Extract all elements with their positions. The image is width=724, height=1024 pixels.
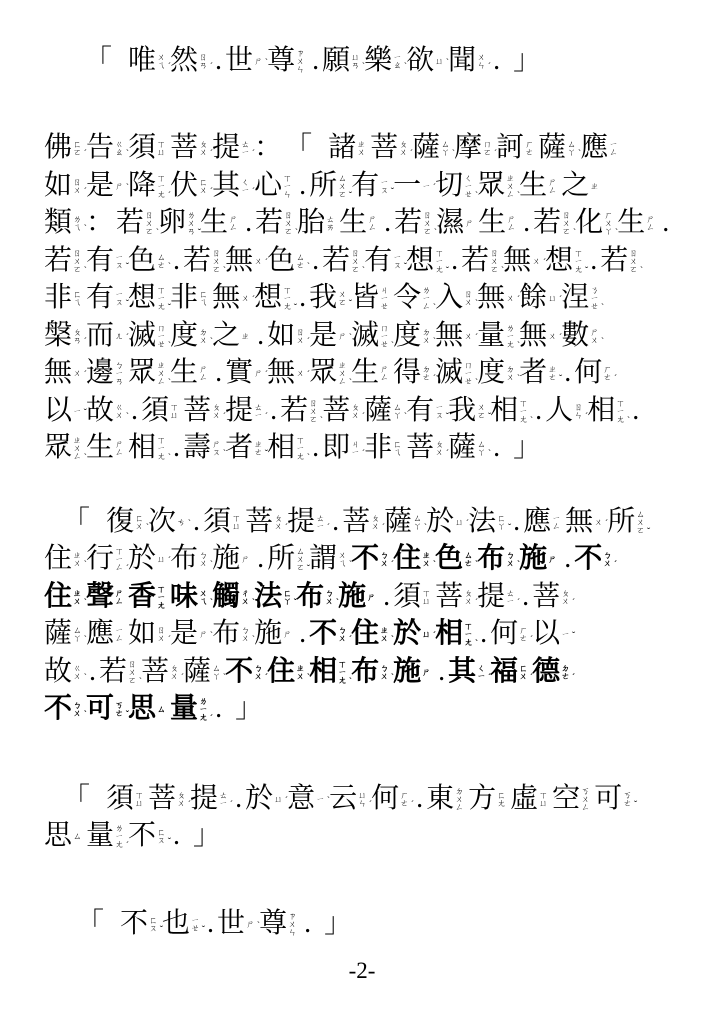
punctuation: . — [86, 658, 99, 686]
zhuyin-letter: ㄚ — [73, 634, 82, 642]
text-line: 如ㄖㄨˊ是ㄕˋ降ㄒㄧㄤˊ伏ㄈㄨˊ其ㄑㄧˊ心ㄒㄧㄣ.所ㄙㄨㄛˇ有ㄧㄡˇ一ㄧˊ切ㄑㄧ… — [44, 167, 698, 205]
hanzi-character: 槃 — [44, 322, 72, 350]
syllable: 想ㄒㄧㄤˇ — [545, 247, 585, 275]
syllable: 滅ㄇㄧㄝˋ — [128, 322, 168, 350]
text-line: 「唯ㄨㄟˊ然ㄖㄢˊ.世ㄕˋ尊ㄗㄨㄣ.願ㄩㄢˋ樂ㄧㄠˋ欲ㄩˋ聞ㄨㄣˊ.」 — [84, 42, 698, 80]
hanzi-character: 法 — [254, 583, 282, 611]
zhuyin-annotation: ㄈㄤ — [497, 791, 508, 807]
tone-mark: ˇ — [488, 415, 491, 421]
zhuyin-letter: ㄤ — [157, 452, 166, 460]
tone-mark: ˊ — [410, 152, 413, 158]
zhuyin-letter: ㄨ — [73, 186, 82, 194]
zhuyin-annotation: ㄅㄨˋ — [380, 664, 391, 680]
hanzi-character: 一 — [393, 172, 421, 200]
hanzi-character: 告 — [86, 134, 114, 162]
syllable: 不ㄈㄡˇ — [128, 822, 168, 850]
zhuyin-annotation: ㄩˊ — [422, 630, 433, 638]
hanzi-character: 住 — [44, 583, 72, 611]
zhuyin-letter: ㄨ — [199, 559, 208, 567]
zhuyin-letter: ㄨ — [519, 672, 528, 680]
zhuyin-annotation: ㄙ — [73, 832, 84, 840]
hanzi-character: 福 — [490, 658, 518, 686]
hanzi-character: 之 — [561, 172, 589, 200]
zhuyin-letter: ㄥ — [368, 223, 377, 231]
zhuyin-annotation: ㄌㄨㄢˇ — [187, 211, 198, 235]
hanzi-character: 以 — [532, 620, 560, 648]
syllable: 相ㄒㄧㄤˋ — [587, 397, 627, 425]
tone-mark: ˋ — [168, 456, 171, 462]
tone-mark: ˊ — [433, 377, 436, 383]
zhuyin-letter: ㄠ — [393, 61, 402, 69]
zhuyin-annotation: ㄈㄡˇ — [157, 828, 168, 844]
zhuyin-annotation: ㄉㄜˊ — [422, 365, 433, 381]
hanzi-character: 於 — [245, 785, 273, 813]
zhuyin-annotation: ㄖㄢˊ — [199, 53, 210, 69]
syllable: 欲ㄩˋ — [406, 47, 446, 75]
syllable: 住ㄓㄨˋ — [351, 620, 391, 648]
syllable: 菩ㄆㄨˊ — [183, 397, 223, 425]
zhuyin-letter: ㄛ — [490, 265, 499, 273]
hanzi-character: 不 — [225, 658, 253, 686]
zhuyin-annotation: ㄓㄨ — [357, 140, 368, 156]
hanzi-character: 有 — [406, 397, 434, 425]
hanzi-character: 施 — [519, 545, 547, 573]
syllable: 意ㄧˋ — [287, 785, 327, 813]
tone-mark: ˊ — [614, 563, 617, 569]
zhuyin-annotation: ㄨㄟˊ — [157, 53, 168, 69]
zhuyin-annotation: ㄓㄜˇ — [548, 365, 559, 381]
zhuyin-annotation: ㄕˋ — [338, 332, 349, 340]
hanzi-character: 有 — [86, 247, 114, 275]
zhuyin-annotation: ㄙㄜˋ — [464, 551, 475, 567]
zhuyin-annotation: ㄈㄨˊ — [519, 664, 530, 680]
zhuyin-letter: ㄥ — [115, 597, 124, 605]
text-line: 以ㄧˇ故ㄍㄨˋ.須ㄒㄩ菩ㄆㄨˊ提ㄊㄧˊ.若ㄖㄨㄛˋ菩ㄆㄨˊ薩ㄙㄚˋ有ㄧㄡˇ我ㄨㄛ… — [44, 392, 698, 430]
zhuyin-letter: ㄨ — [199, 336, 208, 344]
hanzi-character: 如 — [44, 172, 72, 200]
hanzi-character: 量 — [86, 822, 114, 850]
hanzi-character: 無 — [565, 508, 593, 536]
zhuyin-letter: ㄧ — [219, 799, 228, 807]
tone-mark: ˊ — [307, 340, 310, 346]
zhuyin-annotation: ㄨˊ — [254, 257, 265, 265]
tone-mark: ˇ — [446, 415, 449, 421]
syllable: 於ㄩˊ — [426, 508, 466, 536]
hanzi-character: 於 — [426, 508, 454, 536]
zhuyin-letter: ㄨ — [380, 559, 389, 567]
zhuyin-letter: ㄥ — [380, 373, 389, 381]
zhuyin-annotation: ㄈㄡˇ — [149, 916, 160, 932]
zhuyin-annotation: ㄉㄜˊ — [561, 664, 572, 680]
syllable: 不ㄅㄨˊ — [225, 658, 265, 686]
zhuyin-letter: ㄘ — [177, 518, 186, 526]
zhuyin-annotation: ㄐㄧˊ — [351, 440, 362, 456]
close-quote: 」 — [513, 434, 541, 462]
zhuyin-annotation: ㄩˊ — [157, 555, 168, 563]
zhuyin-annotation: ㄧㄡˇ — [435, 403, 446, 419]
zhuyin-annotation: ㄋㄧㄝˋ — [590, 286, 601, 310]
hanzi-character: 薩 — [183, 658, 211, 686]
zhuyin-letter: ㄥ — [548, 186, 557, 194]
syllable: 佛ㄈㄛˊ — [44, 134, 84, 162]
zhuyin-annotation: ㄩㄣˊ — [358, 791, 369, 807]
syllable: 生ㄕㄥ — [170, 359, 210, 387]
syllable: 有ㄧㄡˇ — [351, 172, 391, 200]
zhuyin-annotation: ㄍㄨˋ — [115, 403, 126, 419]
tone-mark: ˋ — [433, 306, 436, 312]
zhuyin-letter: ㄜ — [296, 261, 305, 269]
syllable: 薩ㄙㄚˋ — [412, 134, 452, 162]
zhuyin-letter: ㄛ — [296, 563, 305, 571]
zhuyin-letter: ㄕ — [246, 920, 255, 928]
zhuyin-letter: ㄟ — [199, 597, 208, 605]
hanzi-character: 意 — [287, 785, 315, 813]
hanzi-character: 色 — [435, 545, 463, 573]
hanzi-character: 須 — [141, 397, 169, 425]
tone-mark: ˇ — [126, 302, 129, 308]
tone-mark: ˊ — [488, 65, 491, 71]
syllable: 菩ㄆㄨˊ — [342, 508, 382, 536]
tone-mark: ˇ — [559, 377, 562, 383]
tone-mark: ˋ — [391, 638, 394, 644]
zhuyin-annotation: ㄩˊ — [455, 518, 466, 526]
zhuyin-letter: ㄠ — [115, 148, 124, 156]
syllable: 生ㄕㄥ — [339, 209, 379, 237]
hanzi-character: 無 — [44, 359, 72, 387]
hanzi-character: 令 — [393, 284, 421, 312]
tone-mark: ˋ — [433, 340, 436, 346]
syllable: 若ㄖㄨㄛˋ — [255, 209, 295, 237]
hanzi-character: 須 — [203, 508, 231, 536]
zhuyin-annotation: ㄅㄧㄢ — [115, 361, 126, 385]
zhuyin-letter: ㄚ — [441, 148, 450, 156]
zhuyin-annotation: ㄈㄨˋ — [135, 514, 146, 530]
tone-mark: ˊ — [126, 336, 129, 342]
zhuyin-letter: ㄜ — [254, 448, 263, 456]
hanzi-character: 色 — [128, 247, 156, 275]
zhuyin-letter: ㄛ — [483, 148, 492, 156]
syllable: 生ㄕㄥ — [617, 209, 657, 237]
syllable: 薩ㄙㄚˋ — [44, 620, 84, 648]
hanzi-character: 餘 — [519, 284, 547, 312]
zhuyin-annotation: ㄈㄟ — [199, 290, 210, 306]
tone-mark: ˋ — [433, 563, 436, 569]
zhuyin-annotation: ㄕ — [241, 555, 252, 563]
zhuyin-letter: ㄨ — [422, 559, 431, 567]
zhuyin-letter: ㄣ — [358, 799, 367, 807]
zhuyin-annotation: ㄨˊ — [73, 369, 84, 377]
hanzi-character: 薩 — [44, 620, 72, 648]
hanzi-character: 尊 — [267, 47, 295, 75]
zhuyin-annotation: ㄆㄨˊ — [199, 140, 210, 156]
text-line: 眾ㄓㄨㄥˋ生ㄕㄥ相ㄒㄧㄤˋ.壽ㄕㄡˋ者ㄓㄜˇ相ㄒㄧㄤˋ.即ㄐㄧˊ非ㄈㄟ菩ㄆㄨˊ薩… — [44, 430, 698, 468]
tone-mark: ˊ — [517, 601, 520, 607]
zhuyin-annotation: ㄕˋ — [246, 920, 257, 928]
tone-mark: ˊ — [168, 638, 171, 644]
zhuyin-letter: ㄕ — [367, 593, 376, 601]
punctuation: . — [212, 47, 225, 75]
zhuyin-annotation: ㄓㄨㄥˋ — [157, 361, 168, 385]
syllable: 得ㄉㄜˊ — [393, 359, 433, 387]
syllable: 聞ㄨㄣˊ — [448, 47, 488, 75]
syllable: 提ㄊㄧˊ — [225, 397, 265, 425]
hanzi-character: 布 — [296, 583, 324, 611]
tone-mark: ˋ — [517, 563, 520, 569]
hanzi-character: 相 — [128, 434, 156, 462]
zhuyin-annotation: ㄙㄚˋ — [441, 140, 452, 156]
hanzi-character: 行 — [86, 545, 114, 573]
hanzi-character: 想 — [128, 284, 156, 312]
syllable: 然ㄖㄢˊ — [170, 47, 210, 75]
syllable: 濕ㄕ — [436, 209, 476, 237]
zhuyin-annotation: ㄕㄡˋ — [212, 440, 223, 456]
hanzi-character: 唯 — [128, 47, 156, 75]
syllable: 不ㄅㄨˊ — [351, 545, 391, 573]
hanzi-character: 無 — [477, 284, 505, 312]
hanzi-character: 可 — [86, 695, 114, 723]
hanzi-character: 若 — [280, 397, 308, 425]
hanzi-character: 薩 — [538, 134, 566, 162]
syllable: 生ㄕㄥ — [478, 209, 518, 237]
syllable: 化ㄏㄨㄚˋ — [575, 209, 615, 237]
zhuyin-letter: ㄨ — [506, 294, 515, 302]
syllable: 涅ㄋㄧㄝˋ — [561, 284, 601, 312]
zhuyin-letter: ㄥ — [115, 634, 124, 642]
hanzi-character: 施 — [338, 583, 366, 611]
zhuyin-letter: ㄤ — [157, 190, 166, 198]
zhuyin-annotation: ㄓㄨㄥˋ — [338, 361, 349, 385]
tone-mark: ˊ — [585, 415, 588, 421]
syllable: 德ㄉㄜˊ — [532, 658, 572, 686]
syllable: 薩ㄙㄚˋ — [538, 134, 578, 162]
tone-mark: ˋ — [349, 336, 352, 342]
syllable: 尊ㄗㄨㄣ — [267, 47, 307, 75]
hanzi-character: 以 — [44, 397, 72, 425]
zhuyin-annotation: ㄅㄨˋ — [506, 551, 517, 567]
tone-mark: ˋ — [307, 456, 310, 462]
syllable: 不ㄅㄨˊ — [309, 620, 349, 648]
zhuyin-letter: ㄨ — [561, 597, 570, 605]
hanzi-character: 切 — [435, 172, 463, 200]
tone-mark: ˋ — [126, 186, 129, 192]
hanzi-character: 是 — [86, 172, 114, 200]
zhuyin-annotation: ㄏㄨㄚˋ — [604, 211, 615, 235]
syllable: 度ㄉㄨˋ — [477, 359, 517, 387]
zhuyin-annotation: ㄕˋ — [199, 630, 210, 638]
zhuyin-letter: ㄕ — [241, 555, 250, 563]
zhuyin-letter: ㄢ — [351, 61, 360, 69]
zhuyin-annotation: ㄒㄧㄤˇ — [574, 249, 585, 273]
hanzi-character: 於 — [393, 620, 421, 648]
tone-mark: ˋ — [265, 61, 268, 67]
tone-mark: ˋ — [573, 231, 576, 237]
zhuyin-annotation: ㄑㄧˊ — [477, 664, 488, 680]
zhuyin-annotation: ㄆㄨˊ — [170, 664, 181, 680]
tone-mark: ˋ — [210, 340, 213, 346]
zhuyin-annotation: ㄨˊ — [296, 369, 307, 377]
syllable: 謂ㄨㄟˋ — [309, 545, 349, 573]
zhuyin-annotation: ㄌㄧㄤˊ — [115, 824, 126, 848]
hanzi-character: 提 — [225, 397, 253, 425]
zhuyin-letter: ㄨ — [594, 518, 603, 526]
hanzi-character: 應 — [86, 620, 114, 648]
zhuyin-annotation: ㄕˊ — [254, 369, 265, 377]
syllable: 我ㄨㄛˇ — [448, 397, 488, 425]
hanzi-character: 生 — [170, 359, 198, 387]
hanzi-character: 眾 — [128, 359, 156, 387]
syllable: 若ㄖㄨㄛˋ — [280, 397, 320, 425]
hanzi-character: 住 — [44, 545, 72, 573]
punctuation: . — [204, 910, 217, 938]
hanzi-character: 施 — [212, 545, 240, 573]
syllable: 於ㄩˊ — [245, 785, 285, 813]
hanzi-character: 復 — [106, 508, 134, 536]
tone-mark: ˋ — [307, 265, 310, 271]
hanzi-character: 方 — [468, 785, 496, 813]
zhuyin-letter: ㄝ — [590, 302, 599, 310]
zhuyin-annotation: ㄔㄨˋ — [241, 589, 252, 605]
zhuyin-letter: ㄛ — [73, 148, 82, 156]
zhuyin-annotation: ㄈㄨˊ — [199, 178, 210, 194]
zhuyin-annotation: ㄒㄧㄤˋ — [338, 660, 349, 684]
zhuyin-annotation: ㄆㄨˊ — [351, 403, 362, 419]
zhuyin-letter: ㄨ — [199, 148, 208, 156]
zhuyin-letter: ㄣ — [574, 411, 583, 419]
zhuyin-letter: ㄟ — [338, 559, 347, 567]
open-quote: 「 — [84, 47, 112, 75]
syllable: 以ㄧˇ — [44, 397, 84, 425]
hanzi-character: 量 — [170, 695, 198, 723]
syllable: 提ㄊㄧˊ — [287, 508, 327, 536]
tone-mark: ˋ — [615, 231, 618, 237]
zhuyin-letter: ㄤ — [519, 415, 528, 423]
syllable: 福ㄈㄨˊ — [490, 658, 530, 686]
tone-mark: ˋ — [424, 526, 427, 532]
hanzi-character: 菩 — [183, 397, 211, 425]
hanzi-character: 不 — [574, 545, 602, 573]
tone-mark: ˋ — [168, 381, 171, 387]
zhuyin-annotation: ㄊㄧˊ — [316, 514, 327, 530]
zhuyin-annotation: ㄕ — [367, 593, 378, 601]
punctuation: . — [532, 397, 545, 425]
zhuyin-annotation: ㄖㄣˊ — [574, 403, 585, 419]
tone-mark: ˋ — [84, 269, 87, 275]
tone-mark: ˊ — [210, 190, 213, 196]
hanzi-character: 不 — [128, 822, 156, 850]
syllable: 布ㄅㄨˋ — [351, 658, 391, 686]
syllable: 何ㄏㄜˊ — [371, 785, 411, 813]
hanzi-character: 化 — [575, 209, 603, 237]
syllable: 何ㄏㄜˊ — [490, 620, 530, 648]
text-line: 住ㄓㄨˋ行ㄒㄧㄥˊ於ㄩˊ布ㄅㄨˋ施ㄕ.所ㄙㄨㄛˇ謂ㄨㄟˋ不ㄅㄨˊ住ㄓㄨˋ色ㄙㄜˋ… — [44, 541, 698, 579]
zhuyin-letter: ㄛ — [212, 265, 221, 273]
syllable: 非ㄈㄟ — [170, 284, 210, 312]
syllable: 樂ㄧㄠˋ — [364, 47, 404, 75]
zhuyin-annotation: ㄒㄧㄥˊ — [115, 547, 126, 571]
zhuyin-annotation: ㄊㄧˊ — [241, 140, 252, 156]
zhuyin-letter: ㄦ — [115, 332, 124, 340]
zhuyin-letter: ㄨ — [115, 411, 124, 419]
zhuyin-annotation: ㄏㄜˊ — [400, 791, 411, 807]
syllable: 滅ㄇㄧㄝˋ — [351, 322, 391, 350]
tone-mark: ˋ — [84, 713, 87, 719]
zhuyin-letter: ㄨ — [296, 672, 305, 680]
hanzi-character: 度 — [170, 322, 198, 350]
punctuation: . — [510, 508, 523, 536]
zhuyin-letter: ㄩ — [157, 148, 166, 156]
syllable: 思ㄙ — [44, 822, 84, 850]
zhuyin-letter: ㄨ — [73, 559, 82, 567]
zhuyin-annotation: ㄐㄧㄝ — [380, 286, 391, 310]
zhuyin-annotation: ㄅㄨˋ — [241, 626, 252, 642]
hanzi-character: 有 — [351, 172, 379, 200]
punctuation: . — [212, 695, 225, 723]
zhuyin-annotation: ㄕㄥ — [368, 215, 379, 231]
zhuyin-letter: ㄨ — [73, 672, 82, 680]
syllable: 無ㄨˊ — [565, 508, 605, 536]
zhuyin-annotation: ㄨˊ — [506, 294, 517, 302]
syllable: 槃ㄆㄢˊ — [44, 322, 84, 350]
hanzi-character: 摩 — [454, 134, 482, 162]
zhuyin-letter: ㄤ — [296, 452, 305, 460]
syllable: 非ㄈㄟ — [364, 434, 404, 462]
punctuation: . — [381, 209, 394, 237]
syllable: 邊ㄅㄧㄢ — [86, 359, 126, 387]
tone-mark: ˋ — [434, 231, 437, 237]
zhuyin-letter: ㄕ — [115, 182, 124, 190]
zhuyin-letter: ㄡ — [212, 448, 221, 456]
zhuyin-annotation: ㄩˊ — [274, 795, 285, 803]
syllable: 行ㄒㄧㄥˊ — [86, 545, 126, 573]
tone-mark: ˋ — [404, 415, 407, 421]
tone-mark: ˊ — [494, 152, 497, 158]
paragraph: 「須ㄒㄩ菩ㄆㄨˊ提ㄊㄧˊ.於ㄩˊ意ㄧˋ云ㄩㄣˊ何ㄏㄜˊ.東ㄉㄨㄥ方ㄈㄤ虛ㄒㄩ空ㄎ… — [44, 780, 698, 855]
tone-mark: ˊ — [433, 186, 436, 192]
tone-mark: ˋ — [404, 65, 407, 71]
zhuyin-annotation: ㄩˋ — [435, 57, 446, 65]
syllable: 布ㄅㄨˋ — [296, 583, 336, 611]
syllable: 應ㄧㄥ — [523, 508, 563, 536]
hanzi-character: 降 — [128, 172, 156, 200]
zhuyin-annotation: ㄏㄜˊ — [603, 365, 614, 381]
tone-mark: ˇ — [265, 452, 268, 458]
tone-mark: ˊ — [433, 634, 436, 640]
zhuyin-annotation: ㄎㄜˇ — [623, 791, 634, 807]
zhuyin-annotation: ㄓㄨˋ — [296, 664, 307, 680]
hanzi-character: 住 — [267, 658, 295, 686]
zhuyin-annotation: ㄌㄟˋ — [73, 215, 84, 231]
zhuyin-letter: ㄧ — [351, 448, 360, 456]
syllable: 之ㄓ — [561, 172, 601, 200]
tone-mark: ˊ — [382, 526, 385, 532]
zhuyin-annotation: ㄆㄨˊ — [177, 791, 188, 807]
syllable: 菩ㄆㄨˊ — [406, 434, 446, 462]
zhuyin-annotation: ㄙㄨㄛˇ — [636, 510, 647, 534]
zhuyin-letter: ㄝ — [157, 340, 166, 348]
hanzi-character: 須 — [393, 583, 421, 611]
zhuyin-letter: ㄨ — [296, 336, 305, 344]
hanzi-character: 無 — [435, 322, 463, 350]
hanzi-character: 法 — [468, 508, 496, 536]
close-quote: 」 — [193, 822, 221, 850]
hanzi-character: 謂 — [309, 545, 337, 573]
tone-mark: ˇ — [634, 803, 637, 809]
tone-mark: ˋ — [578, 152, 581, 158]
punctuation: . — [477, 620, 490, 648]
punctuation: . — [490, 47, 503, 75]
hanzi-character: 生 — [478, 209, 506, 237]
zhuyin-letter: ㄕ — [422, 668, 431, 676]
